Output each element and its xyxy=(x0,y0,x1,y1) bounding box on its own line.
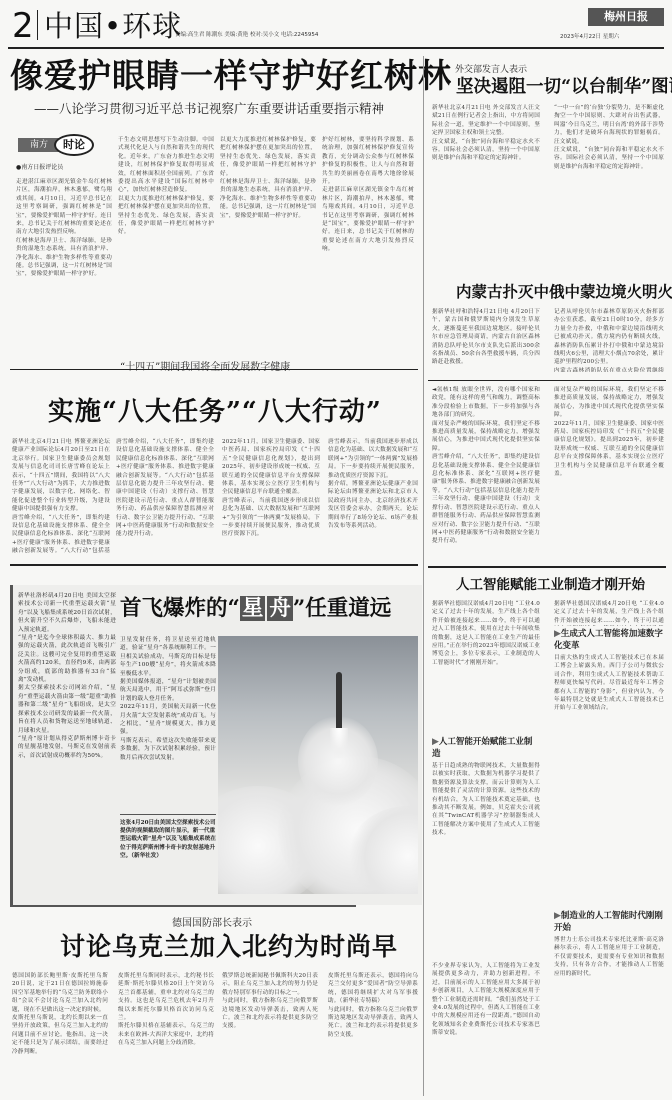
ai-headline: 人工智能赋能工业制造才刚开始 xyxy=(456,575,645,595)
starship-photo xyxy=(218,636,418,894)
paragraph: 红树林是海岸卫士、海洋绿肺，是珍贵的湿地生态系统，具有消浪护岸、净化海水、维护生… xyxy=(220,178,316,220)
commentary-col-2: 面对复杂严峻的国际环境，我们坚定不移推进高质量发展，保持战略定力，增强发展信心，… xyxy=(554,386,664,558)
paragraph: 唐雪峰介绍，“八大任务”，即集约建设信息化基础设施支撑体系、健全全民健康信息化标… xyxy=(432,453,540,545)
badge-right: 时论 xyxy=(54,134,94,156)
arrow-icon: ▶ xyxy=(554,629,561,639)
paragraph: 俄罗斯总统新闻秘书佩斯科夫20日表示，阻止乌克兰加入北约的努力仍是俄方特别军事行… xyxy=(222,972,318,997)
paragraph: 汪文斌说，“台独”同台海和平稳定水火不容。国际社会必须认清，坚持一个中国原则是维… xyxy=(432,138,540,163)
health-col-3: 2022年11月，国家卫生健康委、国家中医药局、国家疾控局印发《“十四五”全民健… xyxy=(222,438,320,554)
paragraph: 唐雪峰表示，当前我国逐步形成以信息化为基础、以大数据发展和“互联网+”为引领的“… xyxy=(222,497,320,539)
photo-caption: 这张4月20日由美国太空探索技术公司提供的视频截取的图片显示，新一代重型运载火箭… xyxy=(120,819,216,860)
nato-col-2: 皮斯托里乌斯同时表示，北约秘书长延斯·斯托尔滕贝格20日上午突访乌克兰首都基辅，… xyxy=(118,972,214,1096)
paragraph: 与此同时，俄方指称乌克兰向俄罗斯边境地区发动导弹袭击，致两人死亡。波兰和北约表示… xyxy=(328,1006,418,1040)
paragraph: 2022年11月，国家卫生健康委、国家中医药局、国家疾控局印发《“十四五”全民健… xyxy=(554,420,664,479)
ai-col-1-bottom: 不少业界专家认为，人工智能将为工业发展提供更多动力，并助力创新进程。不过，目前展… xyxy=(432,962,540,1096)
paragraph: 新华社北京4月21日电 博鳌亚洲论坛健康产业国际论坛4月20日至21日在北京举行… xyxy=(12,438,110,514)
health-col-4: 唐雪峰表示，当前我国逐步形成以信息化为基础、以大数据发展和“互联网+”为引领的“… xyxy=(328,438,418,554)
paragraph: 2022年11月，国家卫生健康委、国家中医药局、国家疾控局印发《“十四五”全民健… xyxy=(222,438,320,497)
headline-part: 首飞爆炸的“ xyxy=(120,596,240,621)
paragraph: 卫星发射任务，将卫星送至近地轨道，验证“星舟”各系统顺利工作。一旦相关试验成功，… xyxy=(120,636,216,678)
column-divider xyxy=(423,56,424,1096)
headline-part: ”任重道远 xyxy=(293,596,391,621)
arrow-icon: ▶ xyxy=(554,911,561,921)
newspaper-logo: 梅州日报 xyxy=(588,8,664,26)
paragraph: “星舟”原计划从得克萨斯州博卡奇卡的星舰基地发射，马斯克在发射前表示，首次试射成… xyxy=(18,735,116,760)
page-number: 2 xyxy=(12,8,34,44)
mangrove-col-2: 千生态文明思想写下生动注脚。中国式现代化是人与自然和谐共生的现代化。近年来，广东… xyxy=(118,136,214,350)
paragraph: 据美国媒体报道，“星舟”计划被美国航天局选中，用于“阿耳忒弥斯”登月计划的载人登… xyxy=(120,678,216,703)
mangrove-col-3: 以更大力度推进红树林保护修复，要把红树林保护摆在更加突出的位置，坚持生态优先、绿… xyxy=(220,136,316,350)
section-rule xyxy=(428,380,666,381)
paragraph: 基于日趋成熟的物联网技术，大量数据得以被实时获取，大数据为机器学习提供了数据资源… xyxy=(432,762,540,962)
logo-text: 梅州日报 xyxy=(604,10,648,23)
nato-col-3: 俄罗斯总统新闻秘书佩斯科夫20日表示，阻止乌克兰加入北约的努力仍是俄方特别军事行… xyxy=(222,972,318,1096)
health-headline: 实施“八大任务”“八大行动” xyxy=(48,394,382,430)
commentary-badge: 南方 时论 xyxy=(18,134,94,156)
paragraph: 据新华社德国汉诺威4月20日电 “工业4.0定义了过去十年的发展，生产线上各个组… xyxy=(554,600,664,626)
paragraph: 皮斯托里乌斯同时表示，北约秘书长延斯·斯托尔滕贝格20日上午突访乌克兰首都基辅，… xyxy=(118,972,214,1022)
paragraph: 面对复杂严峻的国际环境，我们坚定不移推进高质量发展，保持战略定力，增强发展信心，… xyxy=(432,420,540,454)
ai-section-1: ▶生成式人工智能将加速数字化变革 目前大热的生成式人工智能技术已在本届工博会上崭… xyxy=(554,628,664,904)
paragraph: 面对复杂严峻的国际环境，我们坚定不移推进高质量发展，保持战略定力，增强发展信心，… xyxy=(554,386,664,420)
health-col-2: 唐雪峰介绍，“八大任务”，即集约建设信息化基础设施支撑体系、健全全民健康信息化标… xyxy=(116,438,214,554)
ai-section-2: ▶人工智能开始赋能工业制造 基于日趋成熟的物联网技术，大量数据得以被实时获取，大… xyxy=(432,736,540,962)
caption-credit: （新华社发） xyxy=(131,853,162,859)
paragraph: 不少业界专家认为，人工智能将为工业发展提供更多动力，并助力创新进程。不过，目前展… xyxy=(432,962,540,1038)
paragraph: 千生态文明思想写下生动注脚。中国式现代化是人与自然和谐共生的现代化。近年来，广东… xyxy=(118,136,214,195)
nato-col-4: 皮斯托里乌斯还表示，德国将向乌克兰交付更多“爱国者”防空导弹系统，德国将继续扩大… xyxy=(328,972,418,1096)
paragraph: 2022年11月，美国航天局新一代登月火箭“太空发射系统”成功首飞。与之相比，“… xyxy=(120,703,216,737)
paragraph: 与此同时，俄方指称乌克兰向俄罗斯边境地区发动导弹袭击，致两人死亡。波兰和北约表示… xyxy=(222,997,318,1031)
section-rule xyxy=(10,564,418,566)
rocket-icon xyxy=(336,672,342,730)
nato-headline: 讨论乌克兰加入北约为时尚早 xyxy=(60,930,398,964)
issue-date: 2023年4月22日 星期六 xyxy=(560,32,619,40)
paragraph: 据太空探索技术公司网站介绍，“星舟”重型运载火箭由第一级“超重”助推器和第二级“… xyxy=(18,684,116,734)
subheading-text: 生成式人工智能将加速数字化变革 xyxy=(554,629,663,651)
starship-caption-box: 这张4月20日由美国太空探索技术公司提供的视频截取的图片显示，新一代重型运载火箭… xyxy=(120,814,216,898)
paragraph: 护好红树林，要坚持科学规划、系统治理，加强红树林保护修复宣传教育，充分调动公众参… xyxy=(322,136,414,186)
starship-lead-col: 新华社洛杉矶4月20日电 美国太空探索技术公司新一代重型运载火箭“星舟”以及飞船… xyxy=(18,592,116,902)
mangrove-subheadline: ——八论学习贯彻习近平总书记视察广东重要讲话重要指示精神 xyxy=(34,99,384,117)
paragraph: 据新华社德国汉诺威4月20日电 “工业4.0定义了过去十年的发展，生产线上各个组… xyxy=(432,600,540,667)
nato-col-1: 德国国防部长鲍里斯·皮斯托里乌斯20日说，定于21日在德国拉姆施泰因空军基地举行… xyxy=(12,972,108,1096)
subheading: ▶制造业的人工智能时代刚刚开始 xyxy=(554,910,664,934)
paragraph: 德国国防部长鲍里斯·皮斯托里乌斯20日说，定于21日在德国拉姆施泰因空军基地举行… xyxy=(12,972,108,1014)
paragraph: 皮斯托里乌斯还表示，德国将向乌克兰交付更多“爱国者”防空导弹系统，德国将继续扩大… xyxy=(328,972,418,1006)
paragraph: 新华社北京4月21日电 外交部发言人汪文斌21日在例行记者会上指出，中方将同国际… xyxy=(432,104,540,138)
paragraph: 据新华社呼和浩特4月21日电 4月20日下午，蒙古国和俄罗斯境内分别发生草原火，… xyxy=(432,308,540,367)
paragraph: 据介绍，博鳌亚洲论坛健康产业国际论坛由博鳌亚洲论坛和北京市人民政府共同主办，北京… xyxy=(328,480,418,530)
mangrove-col-4: 护好红树林，要坚持科学规划、系统治理，加强红树林保护修复宣传教育，充分调动公众参… xyxy=(322,136,414,350)
nato-kicker: 德国国防部长表示 xyxy=(172,914,252,929)
headline-highlight: 星 xyxy=(240,596,266,621)
taiwan-headline: 坚决遏阻一切“以台制华”图谋 xyxy=(456,76,672,98)
paragraph: 以更大力度推进红树林保护修复，要把红树林保护摆在更加突出的位置，坚持生态优先、绿… xyxy=(118,195,214,237)
paragraph: 马斯克表示，希望这次失败能带来更多数据，为下次试射积累经验，预计数月后再次尝试发… xyxy=(120,737,216,762)
health-kicker: “十四五”期间我国将全面发展数字健康 xyxy=(120,358,290,373)
paragraph: 目前大热的生成式人工智能技术已在本届工博会上崭露头角。西门子公司与微软公司合作，… xyxy=(554,654,664,904)
paragraph: ◄氢核1级 放眼全世界，没有哪个国家和政党，能有这样的勇气和魄力，调整高标准分段… xyxy=(432,386,540,420)
paragraph: 斯托尔滕贝格在基辅表示，乌克兰的未来在欧洲-大西洋大家庭中，北约将在乌克兰加入问… xyxy=(118,1022,214,1047)
fire-col-1: 据新华社呼和浩特4月21日电 4月20日下午，蒙古国和俄罗斯境内分别发生草原火，… xyxy=(432,308,540,372)
editor-credits: 责编:高生君 陈潮东 美编:黄艳 校对:吴小文 电话:2245954 xyxy=(175,30,318,38)
commentary-col-1: ◄氢核1级 放眼全世界，没有哪个国家和政党，能有这样的勇气和魄力，调整高标准分段… xyxy=(432,386,540,558)
starship-body-col: 卫星发射任务，将卫星送至近地轨道，验证“星舟”各系统顺利工作。一旦相关试验成功，… xyxy=(120,636,216,806)
paragraph: 红树林是海岸卫士、海洋绿肺，是珍贵的湿地生态系统，具有消浪护岸、净化海水、维护生… xyxy=(16,237,112,279)
paragraph: 内蒙古森林消防队伍在重点火险位置继续布控，开展机动巡护，全力确保入境火，确保火线… xyxy=(554,367,664,372)
mangrove-headline: 像爱护眼睛一样守护好红树林 xyxy=(10,56,452,96)
section-rule xyxy=(428,566,666,568)
paragraph: 唐雪峰介绍，“八大任务”，即集约建设信息化基础设施支撑体系、健全全民健康信息化标… xyxy=(116,438,214,539)
fire-col-2: 记者从呼伦贝尔市森林草原防灭火指挥部办公室获悉，截至21日0时10分，经多方力量… xyxy=(554,308,664,372)
subheading: ▶生成式人工智能将加速数字化变革 xyxy=(554,628,664,652)
mangrove-byline: ●南方日报评论员 xyxy=(16,162,63,171)
fire-headline: 内蒙古扑灭中俄中蒙边境火明火 xyxy=(456,282,672,302)
exhaust-flame xyxy=(330,728,348,758)
ai-col-1: 据新华社德国汉诺威4月20日电 “工业4.0定义了过去十年的发展，生产线上各个组… xyxy=(432,600,540,734)
paragraph: 走进湛江麻章区湖光镇金牛岛红树林片区，海潮拍岸，林木葱郁，鹭鸟翔戏其间。4月10… xyxy=(322,186,414,253)
paragraph: 记者从呼伦贝尔市森林草原防灭火指挥部办公室获悉，截至21日0时10分，经多方力量… xyxy=(554,308,664,367)
paragraph: 走进湛江麻章区湖光镇金牛岛红树林片区，海潮拍岸，林木葱郁，鹭鸟翔戏其间。4月10… xyxy=(16,178,112,237)
paragraph: “星舟”是迄今全球体积最大、推力最强的运载火箭，此次轨道首飞吸引广泛关注。这艘可… xyxy=(18,634,116,684)
paragraph: 唐雪峰介绍，“八大任务”，即集约建设信息化基础设施支撑体系、健全全民健康信息化标… xyxy=(12,514,110,554)
section-rule xyxy=(10,905,356,907)
taiwan-col-2: “一中一台”的‘台独’分裂势力，是不断虚化掏空一个中国原则、大肆对台出售武器，叫… xyxy=(554,104,664,264)
paragraph: 新华社洛杉矶4月20日电 美国太空探索技术公司新一代重型运载火箭“星舟”以及飞船… xyxy=(18,592,116,634)
ai-col-2-top: 据新华社德国汉诺威4月20日电 “工业4.0定义了过去十年的发展，生产线上各个组… xyxy=(554,600,664,626)
taiwan-col-1: 新华社北京4月21日电 外交部发言人汪文斌21日在例行记者会上指出，中方将同国际… xyxy=(432,104,540,264)
paragraph: 唐雪峰表示，当前我国逐步形成以信息化为基础、以大数据发展和“互联网+”为引领的“… xyxy=(328,438,418,480)
headline-highlight: 舟 xyxy=(267,596,293,621)
paragraph: “一中一台”的‘台独’分裂势力，是不断虚化掏空一个中国原则、大肆对台出售武器，叫… xyxy=(554,104,664,146)
ai-section-3: ▶制造业的人工智能时代刚刚开始 博世力士乐公司技术专家托比亚斯·高克洛赫尔表示，… xyxy=(554,910,664,1086)
arrow-icon: ▶ xyxy=(432,737,439,747)
page-number-divider xyxy=(37,10,38,40)
section-title: 中国•环球 xyxy=(44,10,182,42)
paragraph: 以更大力度推进红树林保护修复，要把红树林保护摆在更加突出的位置，坚持生态优先、绿… xyxy=(220,136,316,178)
masthead-rule xyxy=(8,47,664,49)
subheading-text: 制造业的人工智能时代刚刚开始 xyxy=(554,911,663,933)
taiwan-kicker: 外交部发言人表示 xyxy=(455,62,527,75)
mangrove-col-1: 走进湛江麻章区湖光镇金牛岛红树林片区，海潮拍岸，林木葱郁，鹭鸟翔戏其间。4月10… xyxy=(16,178,112,350)
paragraph: 博世力士乐公司技术专家托比亚斯·高克洛赫尔表示，将人工智能应用于工业制造，不仅需… xyxy=(554,936,664,1086)
paragraph: 汪文斌说，“台独”同台海和平稳定水火不容。国际社会必须认清，坚持一个中国原则是维… xyxy=(554,146,664,171)
paragraph: 皮斯托里乌斯说，北约长期以来一直坚持开放政策，但乌克兰加入北约的问题目前不应讨论… xyxy=(12,1014,108,1056)
subheading: ▶人工智能开始赋能工业制造 xyxy=(432,736,540,760)
starship-headline: 首飞爆炸的“星舟”任重道远 xyxy=(120,594,391,624)
subheading-text: 人工智能开始赋能工业制造 xyxy=(432,737,532,759)
health-col-1: 新华社北京4月21日电 博鳌亚洲论坛健康产业国际论坛4月20日至21日在北京举行… xyxy=(12,438,110,554)
